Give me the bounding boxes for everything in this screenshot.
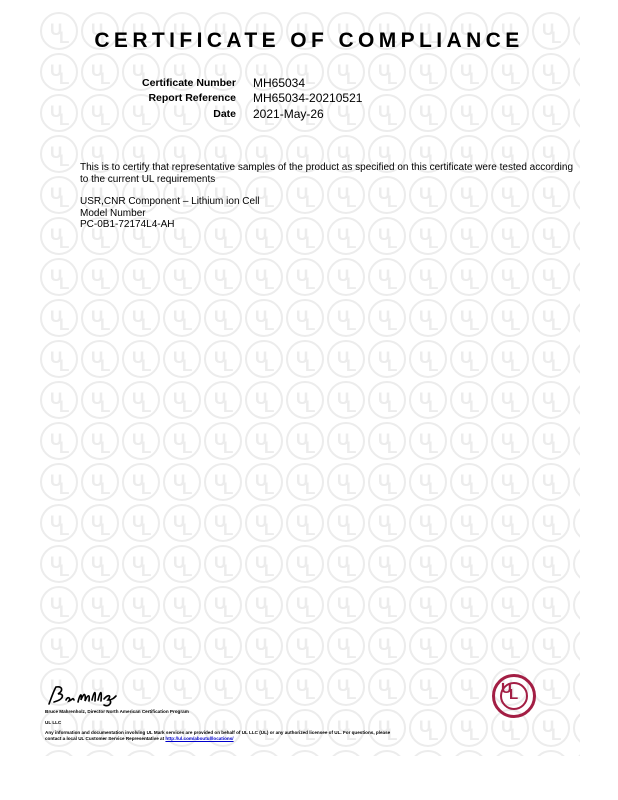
ul-watermark-icon: UL [245, 381, 283, 419]
ul-watermark-icon: UL [163, 340, 201, 378]
ul-watermark-icon: UL [81, 422, 119, 460]
ul-watermark-icon: UL [204, 381, 242, 419]
ul-watermark-icon: UL [368, 668, 406, 706]
ul-watermark-icon: UL [245, 299, 283, 337]
ul-watermark-icon: UL [245, 627, 283, 665]
ul-watermark-icon: UL [368, 381, 406, 419]
ul-watermark-icon: UL [450, 750, 488, 756]
ul-watermark-icon: UL [122, 627, 160, 665]
ul-watermark-icon: UL [450, 463, 488, 501]
ul-watermark-icon: UL [368, 586, 406, 624]
ul-watermark-icon: UL [491, 627, 529, 665]
ul-watermark-icon: UL [286, 381, 324, 419]
ul-watermark-icon: UL [327, 422, 365, 460]
ul-watermark-icon: UL [163, 463, 201, 501]
ul-watermark-icon: UL [573, 627, 580, 665]
ul-watermark-icon: UL [122, 422, 160, 460]
meta-label: Report Reference [36, 92, 236, 104]
ul-watermark-icon: UL [286, 340, 324, 378]
ul-watermark-icon: UL [573, 217, 580, 255]
ul-watermark-icon: UL [204, 627, 242, 665]
certification-statement: This is to certify that representative s… [80, 162, 573, 185]
ul-watermark-icon: UL [573, 422, 580, 460]
ul-watermark-icon: UL [573, 545, 580, 583]
ul-watermark-icon: UL [450, 258, 488, 296]
ul-watermark-icon: UL [532, 545, 570, 583]
ul-watermark-icon: UL [409, 545, 447, 583]
ul-watermark-icon: UL [286, 299, 324, 337]
ul-watermark-icon: UL [368, 545, 406, 583]
ul-watermark-icon: UL [286, 586, 324, 624]
ul-watermark-icon: UL [532, 750, 570, 756]
ul-watermark-icon: UL [532, 299, 570, 337]
ul-watermark-icon: UL [491, 545, 529, 583]
model-value: PC-0B1-72174L4-AH [80, 219, 260, 231]
ul-watermark-icon: UL [409, 668, 447, 706]
ul-watermark-icon: UL [573, 504, 580, 542]
ul-watermark-icon: UL [122, 463, 160, 501]
ul-watermark-icon: UL [81, 340, 119, 378]
ul-watermark-icon: UL [163, 545, 201, 583]
statement-line: to the current UL requirements [80, 174, 573, 186]
ul-watermark-icon: UL [409, 422, 447, 460]
ul-watermark-icon: UL [163, 750, 201, 756]
ul-watermark-icon: UL [40, 299, 78, 337]
ul-watermark-icon: UL [163, 586, 201, 624]
ul-watermark-icon: UL [532, 668, 570, 706]
ul-watermark-icon: UL [450, 504, 488, 542]
ul-watermark-icon: UL [368, 463, 406, 501]
meta-row-date: Date 2021-May-26 [0, 107, 618, 122]
ul-watermark-icon: UL [327, 381, 365, 419]
ul-watermark-icon: UL [204, 422, 242, 460]
ul-watermark-icon: UL [163, 504, 201, 542]
ul-watermark-icon: UL [286, 545, 324, 583]
ul-watermark-icon: UL [532, 463, 570, 501]
ul-watermark-icon: UL [368, 750, 406, 756]
ul-watermark-icon: UL [409, 258, 447, 296]
ul-watermark-icon: UL [327, 668, 365, 706]
ul-watermark-icon: UL [40, 381, 78, 419]
ul-watermark-icon: UL [40, 545, 78, 583]
ul-watermark-icon: UL [450, 217, 488, 255]
ul-logo-l: L [509, 686, 518, 703]
ul-watermark-icon: UL [286, 668, 324, 706]
ul-watermark-icon: UL [163, 668, 201, 706]
ul-watermark-icon: UL [81, 750, 119, 756]
ul-watermark-icon: UL [245, 586, 283, 624]
footer-line: contact a local UL Customer Service Repr… [45, 736, 390, 742]
company-name: UL LLC [45, 720, 61, 725]
ul-watermark-icon: UL [491, 217, 529, 255]
ul-watermark-icon: UL [122, 504, 160, 542]
ul-watermark-icon: UL [327, 504, 365, 542]
ul-watermark-icon: UL [286, 750, 324, 756]
ul-watermark-icon: UL [40, 627, 78, 665]
ul-watermark-icon: UL [40, 258, 78, 296]
ul-watermark-icon: UL [573, 176, 580, 214]
ul-watermark-icon: UL [245, 750, 283, 756]
ul-watermark-icon: UL [409, 750, 447, 756]
ul-watermark-icon: UL [286, 258, 324, 296]
ul-watermark-icon: UL [81, 463, 119, 501]
ul-watermark-icon: UL [40, 340, 78, 378]
meta-row-certificate-number: Certificate Number MH65034 [0, 76, 618, 91]
ul-watermark-icon: UL [204, 463, 242, 501]
ul-watermark-icon: UL [163, 627, 201, 665]
ul-watermark-icon: UL [532, 586, 570, 624]
ul-watermark-icon: UL [286, 463, 324, 501]
ul-watermark-icon: UL [40, 135, 78, 173]
ul-watermark-icon: UL [40, 422, 78, 460]
ul-watermark-icon: UL [327, 586, 365, 624]
ul-watermark-icon: UL [204, 258, 242, 296]
ul-watermark-icon: UL [245, 463, 283, 501]
ul-watermark-icon: UL [245, 258, 283, 296]
ul-watermark-icon: UL [204, 668, 242, 706]
meta-value: 2021-May-26 [253, 107, 324, 121]
ul-watermark-icon: UL [573, 750, 580, 756]
ul-watermark-icon: UL [122, 340, 160, 378]
ul-watermark-icon: UL [573, 668, 580, 706]
ul-watermark-icon: UL [327, 750, 365, 756]
ul-watermark-icon: UL [368, 258, 406, 296]
ul-watermark-icon: UL [491, 258, 529, 296]
ul-watermark-icon: UL [163, 299, 201, 337]
meta-label: Date [36, 108, 236, 120]
statement-line: This is to certify that representative s… [80, 162, 573, 174]
ul-logo-icon: U L [492, 674, 536, 718]
ul-watermark-icon: UL [286, 422, 324, 460]
locations-link[interactable]: http://ul.com/aboutul/locations/ [165, 736, 233, 741]
ul-watermark-icon: UL [327, 463, 365, 501]
ul-watermark-icon: UL [327, 545, 365, 583]
ul-watermark-icon: UL [40, 176, 78, 214]
ul-watermark-icon: UL [81, 258, 119, 296]
ul-watermark-icon: UL [409, 504, 447, 542]
ul-watermark-icon: UL [81, 299, 119, 337]
ul-watermark-icon: UL [491, 381, 529, 419]
ul-watermark-icon: UL [450, 586, 488, 624]
ul-watermark-icon: UL [532, 381, 570, 419]
ul-watermark-icon: UL [491, 299, 529, 337]
ul-watermark-icon: UL [122, 299, 160, 337]
ul-watermark-icon: UL [368, 422, 406, 460]
ul-watermark-icon: UL [245, 340, 283, 378]
ul-watermark-icon: UL [245, 422, 283, 460]
ul-watermark-icon: UL [286, 217, 324, 255]
ul-watermark-icon: UL [40, 586, 78, 624]
certificate-title: CERTIFICATE OF COMPLIANCE [0, 29, 618, 53]
ul-watermark-icon: UL [409, 340, 447, 378]
ul-watermark-icon: UL [450, 340, 488, 378]
signature-icon [46, 684, 126, 708]
ul-watermark-icon: UL [573, 258, 580, 296]
ul-watermark-icon: UL [532, 340, 570, 378]
ul-watermark-icon: UL [245, 545, 283, 583]
ul-watermark-icon: UL [368, 340, 406, 378]
ul-watermark-icon: UL [204, 545, 242, 583]
ul-watermark-icon: UL [122, 545, 160, 583]
ul-watermark-icon: UL [409, 381, 447, 419]
ul-watermark-icon: UL [450, 627, 488, 665]
ul-watermark-pattern: ULULULULULULULULULULULULULULULULULULULUL… [40, 12, 580, 756]
ul-watermark-icon: UL [409, 709, 447, 747]
signatory-caption: Bruce Mahrenholz, Director North America… [45, 709, 189, 714]
ul-watermark-icon: UL [163, 381, 201, 419]
ul-watermark-icon: UL [122, 668, 160, 706]
ul-watermark-icon: UL [573, 463, 580, 501]
ul-watermark-icon: UL [532, 504, 570, 542]
ul-watermark-icon: UL [368, 504, 406, 542]
ul-watermark-icon: UL [409, 627, 447, 665]
ul-watermark-icon: UL [40, 504, 78, 542]
ul-watermark-icon: UL [450, 299, 488, 337]
ul-watermark-icon: UL [532, 258, 570, 296]
ul-watermark-icon: UL [573, 381, 580, 419]
product-info: USR,CNR Component – Lithium ion Cell Mod… [80, 196, 260, 231]
meta-value: MH65034 [253, 76, 305, 90]
ul-watermark-icon: UL [573, 709, 580, 747]
ul-watermark-icon: UL [286, 627, 324, 665]
ul-watermark-icon: UL [409, 463, 447, 501]
ul-watermark-icon: UL [450, 381, 488, 419]
footer-text: contact a local UL Customer Service Repr… [45, 736, 165, 741]
ul-watermark-icon: UL [163, 422, 201, 460]
ul-watermark-icon: UL [245, 668, 283, 706]
ul-watermark-icon: UL [122, 750, 160, 756]
ul-watermark-icon: UL [573, 299, 580, 337]
ul-watermark-icon: UL [491, 504, 529, 542]
footer-disclaimer: Any information and documentation involv… [45, 730, 390, 742]
ul-watermark-icon: UL [286, 504, 324, 542]
ul-watermark-icon: UL [409, 217, 447, 255]
meta-row-report-reference: Report Reference MH65034-20210521 [0, 91, 618, 106]
ul-watermark-icon: UL [204, 586, 242, 624]
ul-watermark-icon: UL [532, 709, 570, 747]
ul-watermark-icon: UL [327, 627, 365, 665]
ul-watermark-icon: UL [491, 340, 529, 378]
ul-watermark-icon: UL [81, 381, 119, 419]
ul-watermark-icon: UL [122, 586, 160, 624]
model-label: Model Number [80, 208, 260, 220]
meta-label: Certificate Number [36, 77, 236, 89]
ul-watermark-icon: UL [532, 217, 570, 255]
ul-watermark-icon: UL [327, 340, 365, 378]
ul-watermark-icon: UL [450, 709, 488, 747]
ul-watermark-icon: UL [81, 545, 119, 583]
ul-watermark-icon: UL [491, 586, 529, 624]
meta-value: MH65034-20210521 [253, 91, 362, 105]
ul-watermark-icon: UL [40, 217, 78, 255]
ul-watermark-icon: UL [532, 627, 570, 665]
ul-watermark-icon: UL [81, 627, 119, 665]
ul-watermark-icon: UL [204, 750, 242, 756]
ul-watermark-icon: UL [327, 217, 365, 255]
ul-watermark-icon: UL [245, 504, 283, 542]
ul-watermark-icon: UL [450, 668, 488, 706]
product-line: USR,CNR Component – Lithium ion Cell [80, 196, 260, 208]
ul-watermark-icon: UL [204, 504, 242, 542]
ul-watermark-icon: UL [368, 627, 406, 665]
ul-watermark-icon: UL [491, 463, 529, 501]
ul-watermark-icon: UL [327, 299, 365, 337]
ul-watermark-icon: UL [81, 586, 119, 624]
ul-watermark-icon: UL [573, 340, 580, 378]
ul-watermark-icon: UL [204, 340, 242, 378]
ul-watermark-icon: UL [409, 586, 447, 624]
ul-watermark-icon: UL [122, 381, 160, 419]
ul-watermark-icon: UL [163, 258, 201, 296]
ul-watermark-icon: UL [81, 504, 119, 542]
ul-watermark-icon: UL [573, 586, 580, 624]
ul-watermark-icon: UL [368, 217, 406, 255]
ul-watermark-icon: UL [409, 299, 447, 337]
ul-watermark-icon: UL [532, 422, 570, 460]
ul-watermark-icon: UL [40, 750, 78, 756]
ul-watermark-icon: UL [573, 135, 580, 173]
ul-watermark-icon: UL [491, 750, 529, 756]
ul-watermark-icon: UL [40, 463, 78, 501]
ul-watermark-icon: UL [204, 299, 242, 337]
ul-watermark-icon: UL [368, 299, 406, 337]
ul-watermark-icon: UL [450, 545, 488, 583]
ul-watermark-icon: UL [327, 258, 365, 296]
ul-watermark-icon: UL [450, 422, 488, 460]
ul-watermark-icon: UL [491, 422, 529, 460]
ul-watermark-icon: UL [122, 258, 160, 296]
